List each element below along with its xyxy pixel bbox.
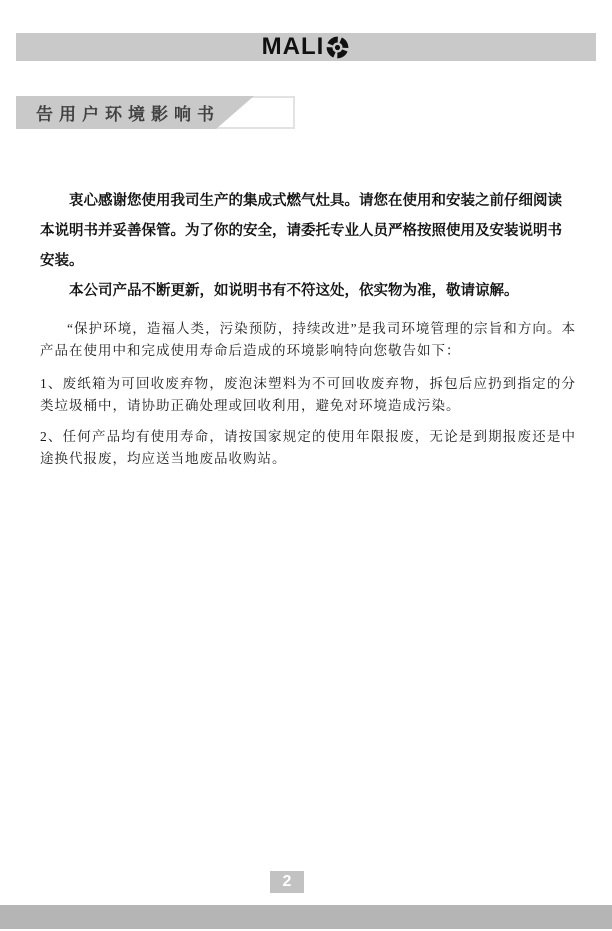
- section-title-bar: 告用户环境影响书: [16, 96, 295, 129]
- page-number-badge: 2: [270, 871, 304, 893]
- environment-policy-paragraph: “保护环境，造福人类，污染预防，持续改进”是我司环境管理的宗旨和方向。本产品在使…: [40, 318, 576, 362]
- page-number: 2: [283, 873, 292, 890]
- section-title: 告用户环境影响书: [16, 100, 220, 125]
- document-body: 衷心感谢您使用我司生产的集成式燃气灶具。请您在使用和安装之前仔细阅读本说明书并妥…: [40, 186, 576, 470]
- notice-item-2: 2、任何产品均有使用寿命，请按国家规定的使用年限报废，无论是到期报废还是中途换代…: [40, 426, 576, 470]
- update-notice-paragraph: 本公司产品不断更新，如说明书有不符这处，依实物为准，敬请谅解。: [40, 276, 576, 306]
- header-bar: MALI: [16, 33, 596, 61]
- manual-page: MALI 告用户环境影响书 衷心感谢您使用我司生产的集成式燃气灶具。请您在使用和…: [0, 0, 612, 931]
- brand-logo: MALI: [262, 35, 351, 60]
- logo-segmented-o-icon: [325, 35, 350, 60]
- section-title-gray-slant: 告用户环境影响书: [16, 96, 258, 129]
- logo-text: MALI: [262, 35, 325, 59]
- intro-paragraph: 衷心感谢您使用我司生产的集成式燃气灶具。请您在使用和安装之前仔细阅读本说明书并妥…: [40, 186, 576, 276]
- notice-item-1: 1、废纸箱为可回收废弃物，废泡沫塑料为不可回收废弃物，拆包后应扔到指定的分类垃圾…: [40, 373, 576, 417]
- footer-bar: [0, 905, 612, 929]
